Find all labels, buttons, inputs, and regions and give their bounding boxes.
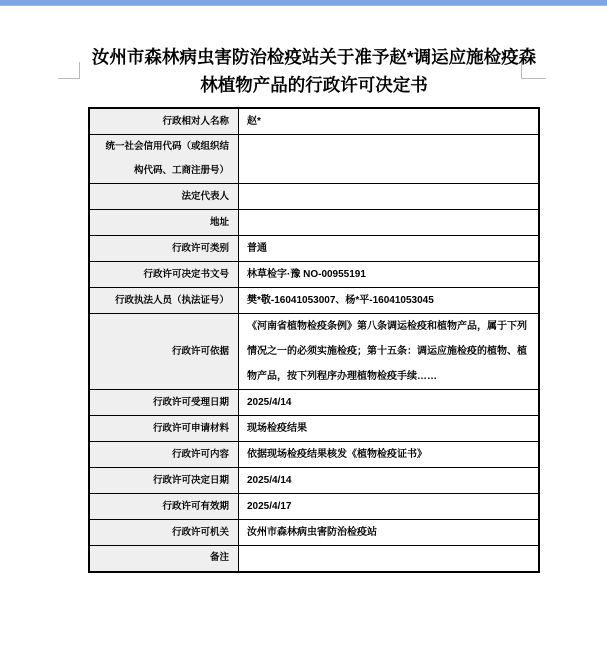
row-value: 2025/4/14 — [239, 468, 540, 494]
row-label: 行政许可类别 — [89, 236, 239, 262]
row-value: 2025/4/14 — [239, 390, 540, 416]
table-row: 行政执法人员（执法证号） 樊*敬-16041053007、杨*平-1604105… — [89, 288, 539, 314]
row-label: 行政许可有效期 — [89, 494, 239, 520]
row-label: 行政许可内容 — [89, 442, 239, 468]
document-title: 汝州市森林病虫害防治检疫站关于准予赵*调运应施检疫森林植物产品的行政许可决定书 — [88, 43, 540, 99]
row-value: 樊*敬-16041053007、杨*平-16041053045 — [239, 288, 540, 314]
row-value — [239, 184, 540, 210]
row-label: 行政许可受理日期 — [89, 390, 239, 416]
row-value: 现场检疫结果 — [239, 416, 540, 442]
table-row: 统一社会信用代码（或组织结构代码、工商注册号） — [89, 135, 539, 184]
table-row: 行政许可申请材料 现场检疫结果 — [89, 416, 539, 442]
row-label: 行政许可决定书文号 — [89, 262, 239, 288]
row-label: 行政执法人员（执法证号） — [89, 288, 239, 314]
document-page: 汝州市森林病虫害防治检疫站关于准予赵*调运应施检疫森林植物产品的行政许可决定书 … — [0, 0, 607, 653]
table-row: 行政许可内容 依据现场检疫结果核发《植物检疫证书》 — [89, 442, 539, 468]
row-label: 备注 — [89, 546, 239, 572]
row-value: 2025/4/17 — [239, 494, 540, 520]
table-row: 法定代表人 — [89, 184, 539, 210]
row-label: 统一社会信用代码（或组织结构代码、工商注册号） — [89, 135, 239, 184]
table-row: 行政许可机关 汝州市森林病虫害防治检疫站 — [89, 520, 539, 546]
row-value: 汝州市森林病虫害防治检疫站 — [239, 520, 540, 546]
row-label: 行政许可依据 — [89, 314, 239, 390]
table-row: 行政许可决定日期 2025/4/14 — [89, 468, 539, 494]
row-label: 法定代表人 — [89, 184, 239, 210]
row-value: 林草检字·豫 NO-00955191 — [239, 262, 540, 288]
row-value: 赵* — [239, 108, 540, 135]
row-label: 行政相对人名称 — [89, 108, 239, 135]
table-row: 行政许可受理日期 2025/4/14 — [89, 390, 539, 416]
table-row: 行政许可有效期 2025/4/17 — [89, 494, 539, 520]
row-value — [239, 135, 540, 184]
row-value — [239, 546, 540, 572]
table-row: 行政许可决定书文号 林草检字·豫 NO-00955191 — [89, 262, 539, 288]
table-row: 地址 — [89, 210, 539, 236]
row-value: 普通 — [239, 236, 540, 262]
table-row: 备注 — [89, 546, 539, 572]
table-row: 行政相对人名称 赵* — [89, 108, 539, 135]
table-row: 行政许可类别 普通 — [89, 236, 539, 262]
crop-mark-left-icon — [58, 62, 80, 79]
license-decision-table: 行政相对人名称 赵* 统一社会信用代码（或组织结构代码、工商注册号） 法定代表人… — [88, 107, 540, 573]
table-row: 行政许可依据 《河南省植物检疫条例》第八条调运检疫和植物产品，属于下列情况之一的… — [89, 314, 539, 390]
row-label: 行政许可决定日期 — [89, 468, 239, 494]
row-label: 地址 — [89, 210, 239, 236]
row-value: 《河南省植物检疫条例》第八条调运检疫和植物产品，属于下列情况之一的必须实施检疫；… — [239, 314, 540, 390]
row-label: 行政许可机关 — [89, 520, 239, 546]
row-label: 行政许可申请材料 — [89, 416, 239, 442]
row-value: 依据现场检疫结果核发《植物检疫证书》 — [239, 442, 540, 468]
row-value — [239, 210, 540, 236]
document-content: 汝州市森林病虫害防治检疫站关于准予赵*调运应施检疫森林植物产品的行政许可决定书 … — [88, 0, 540, 573]
